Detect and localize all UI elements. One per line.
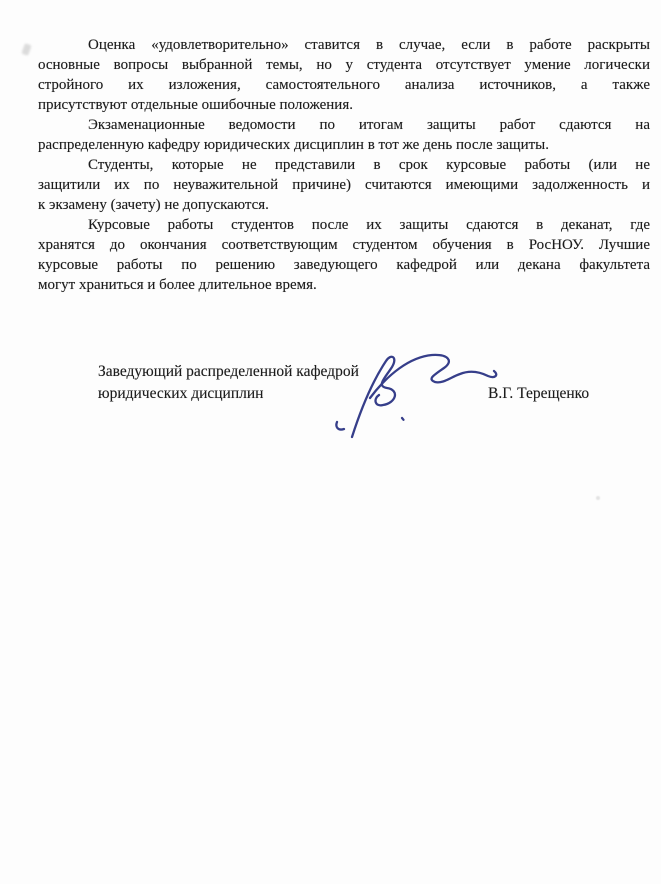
scan-artifact <box>21 43 31 56</box>
scan-speck <box>596 496 600 500</box>
signature-title-line: Заведующий распределенной кафедрой <box>98 361 359 383</box>
paragraph: Экзаменационные ведомости по итогам защи… <box>38 115 650 155</box>
paragraph: Студенты, которые не представили в срок … <box>38 155 650 215</box>
paragraph-line: распределенную кафедру юридических дисци… <box>38 135 650 155</box>
paragraph: Курсовые работы студентов после их защит… <box>38 215 650 295</box>
signature-title-line: юридических дисциплин <box>98 383 359 405</box>
paragraph-line: Курсовые работы студентов после их защит… <box>38 215 650 235</box>
paragraph-line: могут храниться и более длительное время… <box>38 275 650 295</box>
paragraph-line: Студенты, которые не представили в срок … <box>38 155 650 175</box>
handwritten-signature <box>332 348 507 443</box>
paragraph-line: Оценка «удовлетворительно» ставится в сл… <box>38 35 650 55</box>
paragraph-line: стройного их изложения, самостоятельного… <box>38 75 650 95</box>
scanned-document-page: Оценка «удовлетворительно» ставится в сл… <box>0 0 661 884</box>
paragraph-line: Экзаменационные ведомости по итогам защи… <box>38 115 650 135</box>
paragraph: Оценка «удовлетворительно» ставится в сл… <box>38 35 650 115</box>
paragraph-line: к экзамену (зачету) не допускаются. <box>38 195 650 215</box>
document-body-text: Оценка «удовлетворительно» ставится в сл… <box>38 35 650 295</box>
signature-title-block: Заведующий распределенной кафедрой юриди… <box>98 361 359 405</box>
paragraph-line: основные вопросы выбранной темы, но у ст… <box>38 55 650 75</box>
signer-name: В.Г. Терещенко <box>488 384 589 404</box>
paragraph-line: курсовые работы по решению заведующего к… <box>38 255 650 275</box>
paragraph-line: защитили их по неуважительной причине) с… <box>38 175 650 195</box>
paragraph-line: присутствуют отдельные ошибочные положен… <box>38 95 650 115</box>
paragraph-line: хранятся до окончания соответствующим ст… <box>38 235 650 255</box>
signature-ink-strokes <box>336 355 496 437</box>
